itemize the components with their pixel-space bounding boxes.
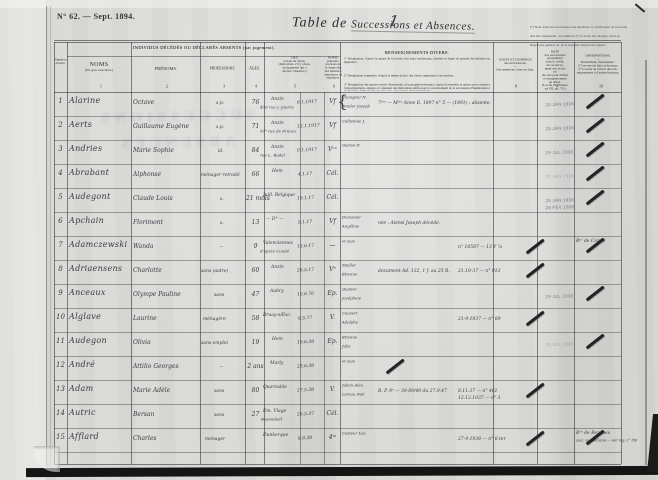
cell-numero: 11 <box>54 337 67 345</box>
cell-etat-civil: Ep. <box>325 290 340 297</box>
cell-etat-civil: Vf <box>325 218 340 225</box>
scanned-register-page: N° 62. — Sept. 1894. Table de Succession… <box>0 0 658 480</box>
cell-prenom: Marie Sophie <box>133 147 174 154</box>
cell-lieu-deces: Anzin <box>263 120 301 129</box>
cell-lieu-deces: Quarouble <box>263 384 301 393</box>
cell-declaration: 21-9-1937 — n° 89 <box>458 316 534 325</box>
cell-date-deces: 26.5.37 <box>297 410 325 420</box>
cell-nom: Aerts <box>69 120 92 129</box>
page-right-edge-line <box>645 60 647 465</box>
checkmark-slash-observations <box>586 333 605 349</box>
cell-lieu-deces: Hem <box>263 336 301 345</box>
cell-heritiers: Costeur Léa <box>342 431 382 440</box>
cell-lieu-deces: Anzin <box>263 144 301 153</box>
cell-prenom: Charles <box>133 435 156 442</box>
cell-numero: 7 <box>54 241 67 249</box>
cell-etat-civil: Vᵉ <box>325 266 340 273</box>
cell-prenom: Charlotte <box>133 267 162 274</box>
cell-numero: 15 <box>54 433 67 441</box>
cell-etat-civil: 4ᵐ <box>325 434 340 441</box>
cell-prenom: Guillaume Eugène <box>133 123 189 130</box>
table-row: 8 Adriaensens Charlotte sans (autre) 60 … <box>54 260 621 284</box>
col-header-ordre: Numérosd'ordre. <box>54 58 67 74</box>
table-group-header: INDIVIDUS DÉCÉDÉS OU DÉCLARÉS ABSENTS (p… <box>67 45 340 55</box>
cell-heritiers: CouvertAdolphe <box>342 311 382 329</box>
cell-numero: 3 <box>54 145 67 153</box>
table-row: 7 Adamczewski Wanda — 9 Valenciennes d'a… <box>54 236 621 260</box>
table-row: 4 Abrabant Alphonse ménager retraité 66 … <box>54 164 621 188</box>
cell-date-deces: 9.1.17 <box>297 218 325 228</box>
col-header-noms: NOMS (En gros caractères.) <box>67 62 131 77</box>
date-stamp: 28 JUL 1938 <box>545 342 566 348</box>
cell-numero: 5 <box>54 193 67 201</box>
table-row: 14 Autric Bersan sans 27 Ém. Vlage Rosen… <box>54 404 621 428</box>
checkmark-slash-observations <box>586 93 605 109</box>
cell-nom: Audegont <box>69 192 111 201</box>
cell-date-deces: 6.1.1917 <box>297 98 325 108</box>
cell-profession: sans emploi <box>201 340 245 349</box>
cell-lieu-deces: Anzin <box>263 264 301 273</box>
cell-prenom: Alphonse <box>133 171 161 178</box>
cell-heritiers: QuetierJoséphine <box>342 287 382 305</box>
cell-heritiers: et suiv. <box>342 239 382 248</box>
cell-profession: s. <box>201 196 245 205</box>
cell-lieu-deces: Dunkerque <box>263 432 301 441</box>
date-stamp: 20 JAN 1938 <box>545 102 566 108</box>
cell-profession: ménager retraité <box>201 172 245 181</box>
cell-date-deces: 6.8.38 <box>297 434 325 444</box>
cell-numero: 4 <box>54 169 67 177</box>
table-row: 15 Afflard Charles ménager Dunkerque 6.8… <box>54 428 621 452</box>
cell-etat-civil: Ep. <box>325 338 340 345</box>
cell-profession: sans <box>201 388 245 397</box>
cell-declaration: 21.10-37 — n° 913 <box>458 268 534 277</box>
date-stamp: 25 JAN 1938 <box>545 198 566 204</box>
cell-profession: ménagère <box>201 316 245 325</box>
cell-prenom: Claude Louis <box>133 195 173 202</box>
cell-prenom: Laurine <box>133 315 157 322</box>
table-row: 13 Adam Marie Adèle sans 80 Quarouble 27… <box>54 380 621 404</box>
cell-date-deces: 6.5.77 <box>297 314 325 324</box>
table-row: 2 Aerts Guillaume Eugène s.p. 71 Anzin 5… <box>54 116 621 140</box>
cell-profession: sans <box>201 412 245 421</box>
cell-prenom: Attilio Georges <box>133 363 179 370</box>
cell-profession: id. <box>201 148 245 157</box>
cell-lieu-deces: Hem <box>263 168 301 177</box>
cell-lieu-deces: Marly <box>263 360 301 369</box>
cell-etat-civil: Vf <box>325 122 340 129</box>
cell-date-deces: 12.1.1917 <box>297 122 325 132</box>
cell-lieu-deces: Anzin <box>263 96 301 105</box>
cell-etat-civil: Vᵛᵉ <box>325 146 340 153</box>
cell-numero: 1 <box>54 97 67 105</box>
cell-nom: Alglave <box>69 312 101 321</box>
cell-profession: sans (autre) <box>201 268 245 277</box>
cell-prenom: Olympe Pauline <box>133 291 181 298</box>
table-row: 3 Andries Marie Sophie id. 84 Anzin rue … <box>54 140 621 164</box>
cell-observation-note: succ. non déclarée — voir reg. n° 186 <box>576 439 622 447</box>
checkmark-slash-observations <box>586 141 605 157</box>
cell-numero: 8 <box>54 265 67 273</box>
cell-heritiers: MaillotÉtienne <box>342 263 382 281</box>
col-header-professions: PROFESSIONS. <box>200 66 245 76</box>
table-row: 6 Apchain Florimont s. 13 — D° — 9.1.17 … <box>54 212 621 236</box>
cell-date-deces: 4.1.17 <box>297 170 325 180</box>
cell-profession: s.p. <box>201 124 245 133</box>
cell-profession: — <box>201 244 245 253</box>
cell-numero: 10 <box>54 313 67 321</box>
cell-heritiers: Gaston F. <box>342 143 382 152</box>
cell-lieu-deces: Bruay-s/Esc. <box>263 312 301 321</box>
succession-table: Numérosd'ordre. INDIVIDUS DÉCÉDÉS OU DÉC… <box>0 0 658 480</box>
cell-etat-civil: Cél. <box>325 410 340 417</box>
checkmark-slash-observations <box>586 285 605 301</box>
date-stamp-2: 28 FEV 1938 <box>545 205 566 211</box>
cell-date-deces: 13.6.17 <box>297 242 325 252</box>
cell-nom: Andries <box>69 144 102 153</box>
cell-lieu-deces: Ém. Vlage <box>263 408 301 417</box>
date-stamp: 29 JUL 1938 <box>545 150 566 156</box>
cell-nom: Audegon <box>69 336 107 345</box>
cell-etat-civil: V. <box>325 386 340 393</box>
cell-numero: 14 <box>54 409 67 417</box>
cell-lieu-deces: Valenciennes <box>263 240 301 249</box>
cell-etat-civil: Cél. <box>325 194 340 201</box>
cell-numero: 2 <box>54 121 67 129</box>
cell-prenom: Olivia <box>133 339 151 346</box>
date-stamp: 20 JAN 1938 <box>545 174 566 180</box>
cell-lieu-deces: Aubry <box>263 288 301 297</box>
cell-etat-civil: V. <box>325 314 340 321</box>
cell-profession: sans <box>201 292 245 301</box>
cell-nom: Adam <box>69 384 93 393</box>
cell-nom: Abrabant <box>69 168 109 177</box>
cell-date-deces: 27.5.38 <box>297 386 325 396</box>
cell-prenom: Wanda <box>133 243 154 250</box>
cell-prenom: Florimont <box>133 219 163 226</box>
date-stamp: 25 JAN 1938 <box>545 126 566 132</box>
cell-numero: 12 <box>54 361 67 369</box>
cell-nom: Alarine <box>69 96 100 105</box>
cell-heritiers: DurassierAngéline <box>342 215 382 233</box>
cell-profession: s.p. <box>201 100 245 109</box>
cell-nom: André <box>69 360 95 369</box>
cell-nom: Afflard <box>69 432 99 441</box>
cell-numero: 6 <box>54 217 67 225</box>
cell-nom: Adriaensens <box>69 264 122 273</box>
cell-date-deces: 26.5.17 <box>297 266 325 276</box>
cell-date-deces: 19.1.17 <box>297 194 325 204</box>
cell-heritiers: ÉtienneJulie <box>342 335 382 353</box>
date-stamp: 29 JUL 1938 <box>545 294 566 300</box>
cell-declaration-2: 12.12.1937 — n° 3 <box>458 395 534 404</box>
cell-nom: Autric <box>69 408 96 417</box>
table-row: 5 Audegont Claude Louis s. 21 mois Juill… <box>54 188 621 212</box>
table-row: 11 Audegon Olivia sans emploi 19 Hem 19.… <box>54 332 621 356</box>
cell-profession: — <box>201 364 245 373</box>
cell-nom: Anceaux <box>69 288 106 297</box>
cell-profession: s. <box>201 220 245 229</box>
checkmark-slash-renseignements <box>386 358 405 374</box>
cell-heritiers: Changeur N.Fender Joseph <box>342 95 382 113</box>
cell-date-deces: 9.1.1917 <box>297 146 325 156</box>
cell-profession: ménager <box>201 436 245 445</box>
cell-nom: Apchain <box>69 216 104 225</box>
cell-heritiers: Julien Alex.Lemou Noé <box>342 383 382 401</box>
table-row: 12 André Attilio Georges — 2 ans Marly 2… <box>54 356 621 380</box>
col-header-prenoms: PRÉNOMS. <box>131 66 200 76</box>
cell-etat-civil: — <box>325 242 340 249</box>
col-header-ages: ÂGES. <box>245 66 264 76</box>
cell-date-deces: 10.6.76 <box>297 290 325 300</box>
cell-numero: 13 <box>54 385 67 393</box>
table-row: 9 Anceaux Olympe Pauline sans 47 Aubry 1… <box>54 284 621 308</box>
checkmark-slash-observations <box>586 165 605 181</box>
cell-nom: Adamczewski <box>69 240 127 249</box>
cell-date-deces: 19.6.38 <box>297 338 325 348</box>
checkmark-slash-observations <box>586 117 605 133</box>
cell-renseignements: née : Alensi Joseph décédé. <box>378 220 489 229</box>
cell-lieu-deces: Juill. Belgique <box>263 192 301 201</box>
table-row: 1 Alarine Octave s.p. 76 Anzin 456 rue J… <box>54 92 621 116</box>
cell-heritiers: et suiv. <box>342 359 382 368</box>
cell-prenom: Marie Adèle <box>133 387 170 394</box>
cell-numero: 9 <box>54 289 67 297</box>
cell-lieu-deces: — D° — <box>263 216 301 225</box>
cell-prenom: Bersan <box>133 411 154 418</box>
cell-prenom: Octave <box>133 99 154 106</box>
table-row: 10 Alglave Laurine ménagère 58 Bruay-s/E… <box>54 308 621 332</box>
checkmark-slash-observations <box>586 189 605 205</box>
cell-etat-civil: Cél. <box>325 170 340 177</box>
col-header-lieu: LIEUet date du décès.(Indication, s'il y… <box>264 56 324 96</box>
cell-heritiers: Callistène J. <box>342 119 382 128</box>
cell-date-deces: 23.6.38 <box>297 362 325 372</box>
